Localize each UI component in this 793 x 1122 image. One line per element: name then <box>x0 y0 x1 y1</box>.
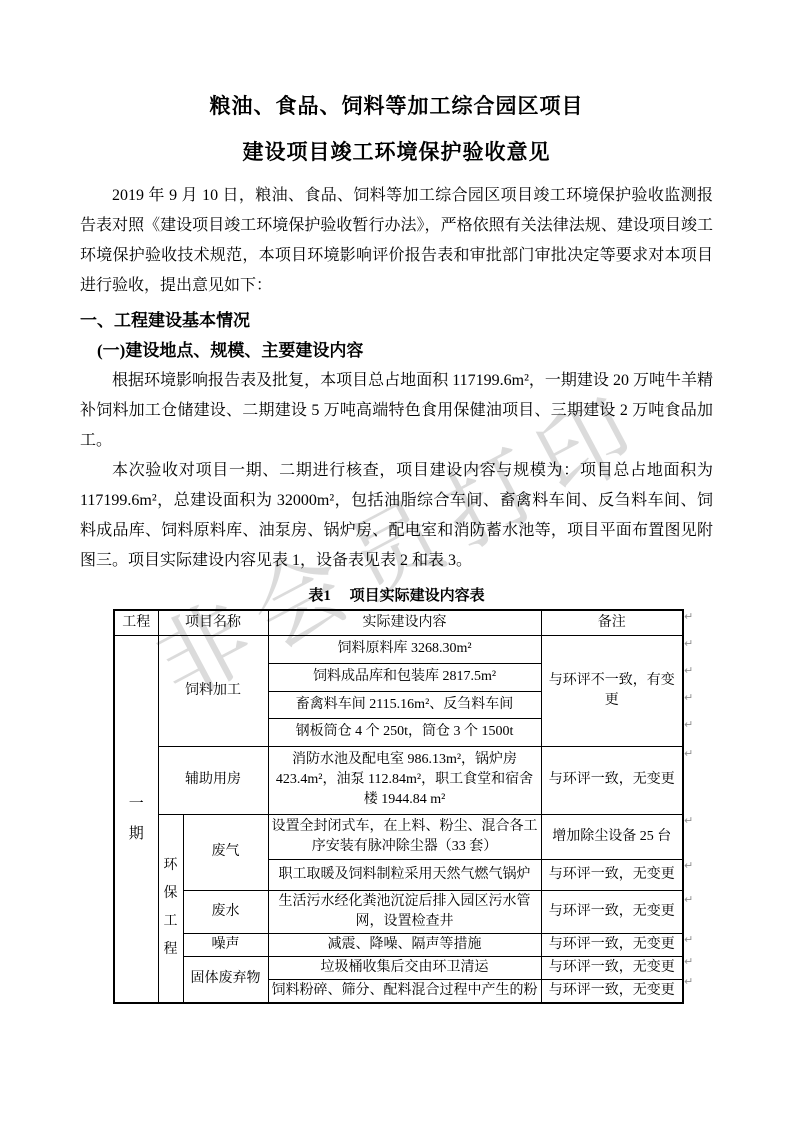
header-project: 工程 <box>114 610 158 635</box>
inspection-scope-paragraph: 本次验收对项目一期、二期进行核查，项目建设内容与规模为：项目总占地面积为 117… <box>80 456 713 576</box>
cell-note: 与环评一致，无变更 <box>541 859 683 890</box>
paragraph-mark-icon: ↵ <box>684 860 693 871</box>
table1-wrapper: 工程 项目名称 实际建设内容 备注 一期 饲料加工 饲料原料库 3268.30m… <box>113 609 684 1004</box>
cell-content: 生活污水经化粪池沉淀后排入园区污水管网，设置检查井 <box>268 890 541 933</box>
header-actual-content: 实际建设内容 <box>268 610 541 635</box>
table1-title: 表1 项目实际建设内容表 <box>0 584 793 605</box>
table-row: 辅助用房 消防水池及配电室 986.13m²，锅炉房 423.4m²，油泵 11… <box>114 746 683 814</box>
table-row: 一期 饲料加工 饲料原料库 3268.30m² 与环评不一致，有变更 <box>114 635 683 663</box>
header-item-name: 项目名称 <box>158 610 268 635</box>
category-waste-water: 废水 <box>183 890 268 933</box>
phase1-label: 一期 <box>129 789 144 849</box>
subsection-heading-1-1: (一)建设地点、规模、主要建设内容 <box>80 336 713 366</box>
group-feed-processing: 饲料加工 <box>158 635 268 746</box>
cell-content: 职工取暖及饲料制粒采用天然气燃气锅炉 <box>268 859 541 890</box>
intro-paragraph: 2019 年 9 月 10 日，粮油、食品、饲料等加工综合园区项目竣工环境保护验… <box>80 181 713 301</box>
cell-content: 消防水池及配电室 986.13m²，锅炉房 423.4m²，油泵 112.84m… <box>268 746 541 814</box>
paragraph-mark-icon: ↵ <box>684 638 693 649</box>
category-noise: 噪声 <box>183 933 268 956</box>
section-heading-1: 一、工程建设基本情况 <box>80 306 713 336</box>
cell-content: 垃圾桶收集后交由环卫清运 <box>268 956 541 979</box>
paragraph-mark-icon: ↵ <box>684 692 693 703</box>
cell-note: 增加除尘设备 25 台 <box>541 814 683 859</box>
table-row: 废水 生活污水经化粪池沉淀后排入园区污水管网，设置检查井 与环评一致，无变更 <box>114 890 683 933</box>
paragraph-mark-icon: ↵ <box>684 894 693 905</box>
paragraph-mark-icon: ↵ <box>684 748 693 759</box>
category-solid-waste: 固体废弃物 <box>183 956 268 1003</box>
cell-content: 钢板筒仓 4 个 250t，筒仓 3 个 1500t <box>268 718 541 746</box>
paragraph-mark-icon: ↵ <box>684 815 693 826</box>
cell-note: 与环评一致，无变更 <box>541 890 683 933</box>
table1: 工程 项目名称 实际建设内容 备注 一期 饲料加工 饲料原料库 3268.30m… <box>113 609 684 1004</box>
table-row: 固体废弃物 垃圾桶收集后交由环卫清运 与环评一致，无变更 <box>114 956 683 979</box>
cell-content: 减震、降噪、隔声等措施 <box>268 933 541 956</box>
cell-note: 与环评一致，无变更 <box>541 933 683 956</box>
document-page: 非会员打印 粮油、食品、饲料等加工综合园区项目 建设项目竣工环境保护验收意见 2… <box>0 0 793 1122</box>
table-row: 噪声 减震、降噪、隔声等措施 与环评一致，无变更 <box>114 933 683 956</box>
paragraph-mark-icon: ↵ <box>684 665 693 676</box>
cell-note: 与环评不一致，有变更 <box>541 635 683 746</box>
table-row: 环保工程 废气 设置全封闭式车，在上料、粉尘、混合各工序安装有脉冲除尘器（33 … <box>114 814 683 859</box>
cell-content: 设置全封闭式车，在上料、粉尘、混合各工序安装有脉冲除尘器（33 套） <box>268 814 541 859</box>
doc-title-line1: 粮油、食品、饲料等加工综合园区项目 <box>0 90 793 120</box>
cell-content: 饲料粉碎、筛分、配料混合过程中产生的粉 <box>268 979 541 1003</box>
cell-note: 与环评一致，无变更 <box>541 979 683 1003</box>
cell-content: 畜禽料车间 2115.16m²、反刍料车间 <box>268 691 541 718</box>
env-engineering-label: 环保工程 <box>164 852 178 964</box>
paragraph-mark-icon: ↵ <box>684 956 693 967</box>
paragraph-mark-icon: ↵ <box>684 611 693 622</box>
group-auxiliary-rooms: 辅助用房 <box>158 746 268 814</box>
paragraph-mark-icon: ↵ <box>684 719 693 730</box>
env-engineering-cell: 环保工程 <box>158 814 183 1003</box>
category-waste-gas: 废气 <box>183 814 268 890</box>
paragraph-mark-icon: ↵ <box>684 976 693 987</box>
cell-content: 饲料成品库和包装库 2817.5m² <box>268 663 541 691</box>
paragraph-mark-icon: ↵ <box>684 934 693 945</box>
header-remark: 备注 <box>541 610 683 635</box>
doc-title-line2: 建设项目竣工环境保护验收意见 <box>0 136 793 166</box>
phase1-cell: 一期 <box>114 635 158 1003</box>
construction-scale-paragraph: 根据环境影响报告表及批复，本项目总占地面积 117199.6m²，一期建设 20… <box>80 366 713 456</box>
cell-note: 与环评一致，无变更 <box>541 746 683 814</box>
cell-content: 饲料原料库 3268.30m² <box>268 635 541 663</box>
table-row: 工程 项目名称 实际建设内容 备注 <box>114 610 683 635</box>
cell-note: 与环评一致，无变更 <box>541 956 683 979</box>
